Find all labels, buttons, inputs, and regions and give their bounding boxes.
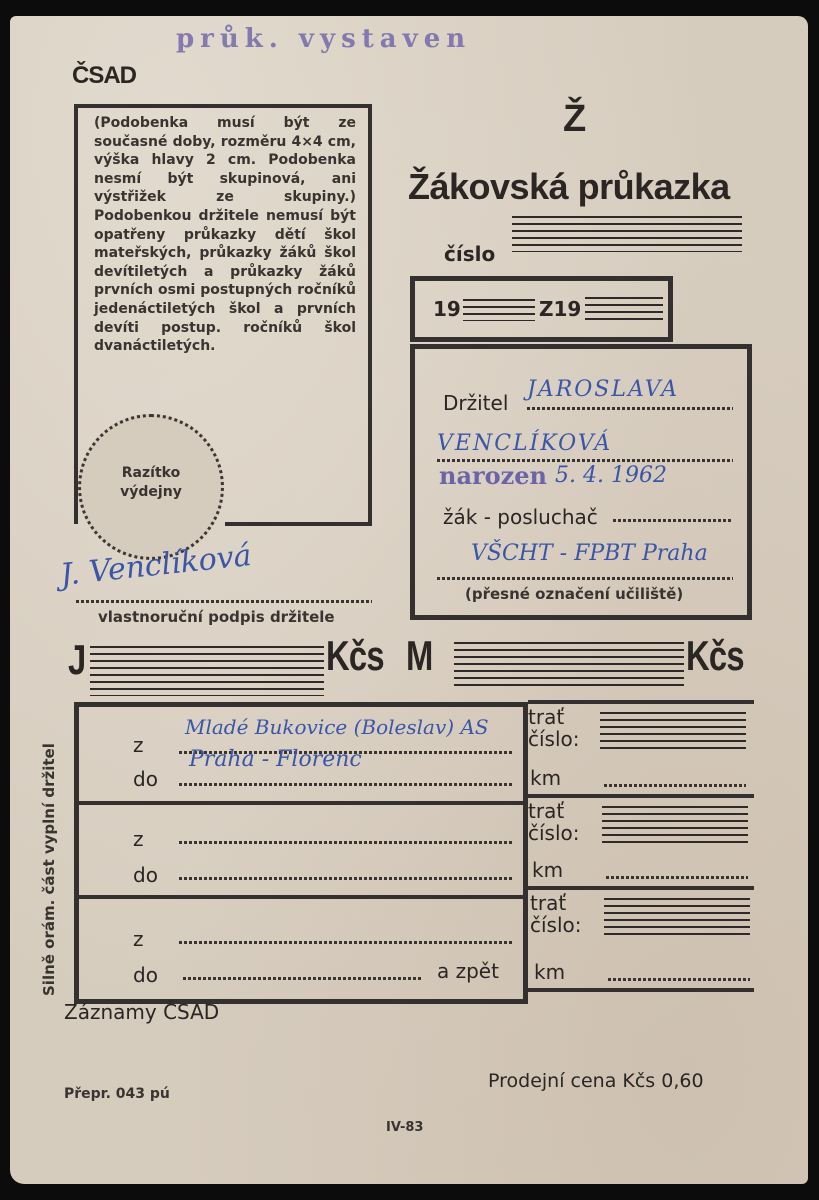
document-title: Žákovská průkazka — [408, 166, 730, 208]
photo-frame-bottom — [225, 522, 372, 526]
office-stamp-label: Razítko výdejny — [78, 464, 224, 502]
route-1-to-label: do — [133, 767, 158, 791]
student-pass-card: průk. vystaven ČSAD (Podobenka musí být … — [10, 16, 808, 1184]
route-1-to-value[interactable]: Praha - Florenc — [189, 747, 362, 772]
valid-to-field[interactable] — [585, 297, 663, 321]
student-label: žák - posluchač — [443, 505, 598, 529]
track-2-number-field[interactable] — [602, 806, 748, 848]
km-2-label: km — [532, 858, 563, 882]
school-caption: (přesné označení učiliště) — [465, 585, 683, 603]
born-value[interactable]: 5. 4. 1962 — [555, 463, 667, 488]
fare-j-label: J — [68, 636, 85, 684]
route-2-to-line[interactable] — [179, 877, 513, 880]
route-divider — [79, 801, 523, 805]
track-2-label: trať číslo: — [528, 800, 580, 844]
km-2-field[interactable] — [606, 876, 748, 879]
track-label-line-1: trať — [530, 891, 566, 915]
school-line — [437, 577, 733, 580]
km-3-field[interactable] — [608, 978, 750, 981]
route-1-from-label: z — [133, 733, 144, 757]
routes-side-note: Silně orám. část vyplní držitel — [40, 743, 58, 996]
fare-m-field[interactable] — [454, 642, 684, 688]
price-label: Prodejní cena Kčs 0,60 — [488, 1070, 704, 1092]
route-1-from-value[interactable]: Mladé Bukovice (Boleslav) AS — [185, 715, 489, 739]
category-letter: Ž — [563, 98, 586, 141]
route-3-to-label: do — [133, 963, 158, 987]
fare-kcs-1: Kčs — [326, 632, 384, 680]
org-logo: ČSAD — [72, 62, 136, 90]
number-field[interactable] — [512, 216, 742, 252]
photo-instructions: (Podobenka musí být ze současné doby, ro… — [94, 114, 356, 356]
track-label-line-2: číslo: — [528, 821, 580, 845]
track-label-line-2: číslo: — [530, 913, 582, 937]
valid-from-field[interactable] — [463, 299, 535, 321]
stamp-label-line-1: Razítko — [78, 464, 224, 483]
track-label-line-1: trať — [528, 705, 564, 729]
track-3-label: trať číslo: — [530, 892, 582, 936]
route-2-from-line[interactable] — [179, 841, 513, 844]
track-divider — [528, 794, 754, 798]
print-code: Přepr. 043 pú — [64, 1086, 170, 1102]
route-divider — [79, 895, 523, 899]
holder-label: Držitel — [443, 391, 508, 415]
number-label: číslo — [444, 242, 495, 266]
issued-stamp: průk. vystaven — [176, 24, 471, 54]
records-label: Záznamy ČSAD — [64, 1000, 219, 1024]
signature-caption: vlastnoruční podpis držitele — [98, 608, 335, 626]
track-bottom-line — [528, 988, 754, 992]
holder-last-name[interactable]: VENCLÍKOVÁ — [437, 431, 612, 456]
route-2-from-label: z — [133, 827, 144, 851]
track-1-label: trať číslo: — [528, 706, 580, 750]
valid-to-prefix: Z19 — [539, 297, 581, 321]
school-value[interactable]: VŠCHT - FPBT Praha — [471, 541, 708, 566]
route-2-to-label: do — [133, 863, 158, 887]
return-label: a zpět — [437, 959, 499, 983]
holder-line-1 — [527, 407, 733, 410]
fare-kcs-2: Kčs — [686, 632, 744, 680]
km-1-label: km — [530, 766, 561, 790]
born-label: narozen — [439, 461, 547, 490]
student-line — [613, 519, 733, 522]
fare-j-field[interactable] — [90, 646, 324, 696]
km-1-field[interactable] — [604, 784, 746, 787]
route-3-from-line[interactable] — [179, 941, 513, 944]
stamp-label-line-2: výdejny — [78, 483, 224, 502]
holder-box: Držitel JAROSLAVA VENCLÍKOVÁ narozen 5. … — [410, 344, 752, 620]
track-3-number-field[interactable] — [604, 898, 750, 940]
valid-from-prefix: 19 — [433, 297, 461, 321]
route-3-to-line[interactable] — [183, 977, 423, 980]
route-1-to-line — [179, 783, 513, 786]
km-3-label: km — [534, 960, 565, 984]
route-3-from-label: z — [133, 927, 144, 951]
track-1-number-field[interactable] — [600, 712, 746, 754]
track-top-line — [528, 700, 754, 704]
edition-code: IV-83 — [386, 1120, 423, 1135]
track-label-line-2: číslo: — [528, 727, 580, 751]
validity-box: 19 Z19 — [410, 276, 673, 342]
fare-m-label: M — [406, 632, 433, 680]
signature-line — [76, 600, 372, 603]
track-divider — [528, 886, 754, 890]
track-label-line-1: trať — [528, 799, 564, 823]
routes-box: z Mladé Bukovice (Boleslav) AS do Praha … — [74, 702, 528, 1004]
holder-first-name[interactable]: JAROSLAVA — [527, 377, 679, 402]
